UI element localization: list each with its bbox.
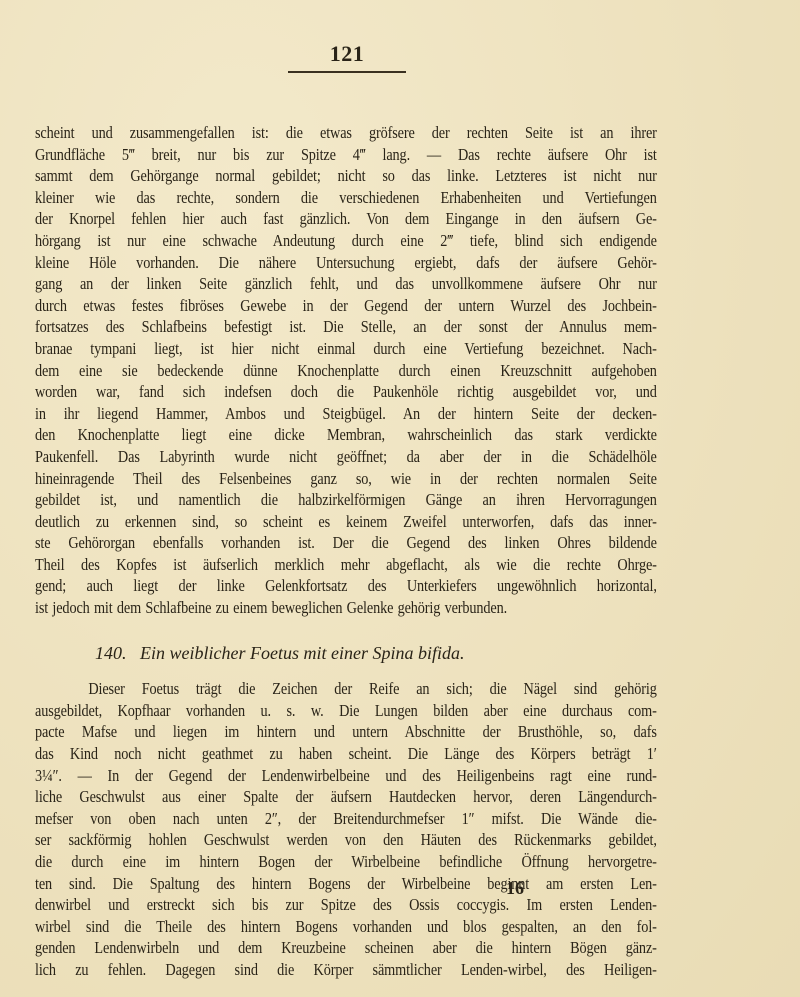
text-line: ten sind. Die Spaltung des hintern Bogen…	[35, 873, 657, 895]
text-line: den Knochenplatte liegt eine dicke Membr…	[35, 424, 657, 446]
text-line: genden Lendenwirbeln und dem Kreuzbeine …	[35, 937, 657, 959]
text-line: kleiner wie das rechte, sondern die vers…	[35, 187, 657, 209]
section-number: 140.	[95, 643, 127, 663]
text-line: ste Gehörorgan ebenfalls vorhanden ist. …	[35, 532, 657, 554]
text-line: der Knorpel fehlen hier auch fast gänzli…	[35, 208, 657, 230]
text-line: gend; auch liegt der linke Gelenkfortsat…	[35, 575, 657, 597]
text-line: gebildet ist, und namentlich die halbzir…	[35, 489, 657, 511]
text-line: durch etwas festes fibröses Gewebe in de…	[35, 295, 657, 317]
text-line: Theil des Kopfes ist äufserlich merklich…	[35, 554, 657, 576]
text-line: denwirbel und erstreckt sich bis zur Spi…	[35, 894, 657, 916]
text-line: Dieser Foetus trägt die Zeichen der Reif…	[35, 678, 657, 700]
text-line: mefser von oben nach unten 2″, der Breit…	[35, 808, 657, 830]
text-line: sammt dem Gehörgange normal gebildet; ni…	[35, 165, 657, 187]
text-line: liche Geschwulst aus einer Spalte der äu…	[35, 786, 657, 808]
section-heading: 140. Ein weiblicher Foetus mit einer Spi…	[35, 643, 657, 665]
text-line: ser sackförmig hohlen Geschwulst werden …	[35, 829, 657, 851]
text-line: die durch eine im hintern Bogen der Wirb…	[35, 851, 657, 873]
text-line: Grundfläche 5‴ breit, nur bis zur Spitze…	[35, 144, 657, 166]
text-line: worden war, fand sich indefsen doch die …	[35, 381, 657, 403]
text-line: hörgang ist nur eine schwache Andeutung …	[35, 230, 657, 252]
paragraph-1: scheint und zusammengefallen ist: die et…	[35, 70, 657, 619]
text-line: Paukenfell. Das Labyrinth wurde nicht ge…	[35, 446, 657, 468]
text-line: dem eine sie bedeckende dünne Knochenpla…	[35, 360, 657, 382]
text-line: pacte Mafse und liegen im hintern und un…	[35, 721, 657, 743]
text-line: lich zu fehlen. Dagegen sind die Körper …	[35, 959, 657, 981]
section-title: Ein weiblicher Foetus mit einer Spina bi…	[140, 643, 464, 663]
text-line: das Kind noch nicht geathmet zu haben sc…	[35, 743, 657, 765]
text-line: ausgebildet, Kopfhaar vorhanden u. s. w.…	[35, 700, 657, 722]
paragraph-2: Dieser Foetus trägt die Zeichen der Reif…	[35, 678, 657, 980]
text-line: gang an der linken Seite gänzlich fehlt,…	[35, 273, 657, 295]
page-number: 121	[288, 42, 406, 66]
text-line: 3¼″. — In der Gegend der Lendenwirbelbei…	[35, 765, 657, 787]
text-line: branae tympani liegt, ist hier nicht ein…	[35, 338, 657, 360]
text-line: in ihr liegend Hammer, Ambos und Steigbü…	[35, 403, 657, 425]
text-line: wirbel sind die Theile des hintern Bogen…	[35, 916, 657, 938]
text-line: ist jedoch mit dem Schlafbeine zu einem …	[35, 597, 657, 619]
text-line: deutlich zu erkennen sind, so scheint es…	[35, 511, 657, 533]
text-line: hineinragende Theil des Felsenbeines gan…	[35, 468, 657, 490]
text-line: kleine Höle vorhanden. Die nähere Unters…	[35, 252, 657, 274]
text-line: fortsatzes des Schlafbeins befestigt ist…	[35, 316, 657, 338]
body-text: scheint und zusammengefallen ist: die et…	[35, 70, 657, 981]
page-header: 121	[288, 42, 406, 73]
signature-mark: 16	[506, 878, 524, 899]
text-line: scheint und zusammengefallen ist: die et…	[35, 122, 657, 144]
